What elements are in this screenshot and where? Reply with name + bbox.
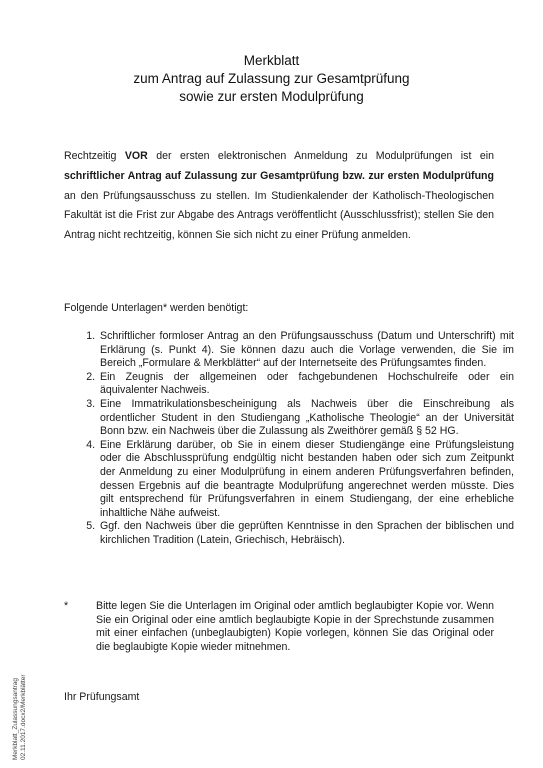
intro-text: an den Prüfungsausschuss zu stellen. Im …: [64, 190, 494, 242]
document-title: Merkblatt zum Antrag auf Zulassung zur G…: [0, 52, 543, 106]
list-item: Ggf. den Nachweis über die geprüften Ken…: [98, 520, 514, 547]
footnote-marker: *: [64, 600, 68, 614]
intro-text: Rechtzeitig: [64, 150, 125, 162]
list-item: Ein Zeugnis der allgemeinen oder fachgeb…: [98, 371, 514, 398]
side-file-note: Merkblatt_Zulassungsantrag 02.11.2017.do…: [12, 674, 28, 760]
title-line-2: zum Antrag auf Zulassung zur Gesamtprüfu…: [0, 70, 543, 88]
intro-emphasis: VOR: [125, 150, 148, 162]
requirements-list: Schriftlicher formloser Antrag an den Pr…: [78, 330, 514, 548]
signature: Ihr Prüfungsamt: [64, 691, 139, 703]
list-item: Eine Erklärung darüber, ob Sie in einem …: [98, 439, 514, 521]
title-line-1: Merkblatt: [0, 52, 543, 70]
title-line-3: sowie zur ersten Modulprüfung: [0, 88, 543, 106]
footnote: * Bitte legen Sie die Unterlagen im Orig…: [64, 600, 494, 654]
requirements-heading: Folgende Unterlagen* werden benötigt:: [64, 302, 248, 314]
intro-emphasis: schriftlicher Antrag auf Zulassung zur G…: [64, 170, 494, 182]
list-item: Eine Immatrikulationsbescheinigung als N…: [98, 398, 514, 439]
list-item: Schriftlicher formloser Antrag an den Pr…: [98, 330, 514, 371]
side-note-line-1: Merkblatt_Zulassungsantrag: [12, 674, 20, 760]
intro-text: der ersten elektronischen Anmeldung zu M…: [148, 150, 494, 162]
intro-paragraph: Rechtzeitig VOR der ersten elektronische…: [64, 147, 494, 246]
footnote-text: Bitte legen Sie die Unterlagen im Origin…: [96, 600, 494, 654]
side-note-line-2: 02.11.2017.docx2/Merkblätter: [20, 674, 28, 760]
